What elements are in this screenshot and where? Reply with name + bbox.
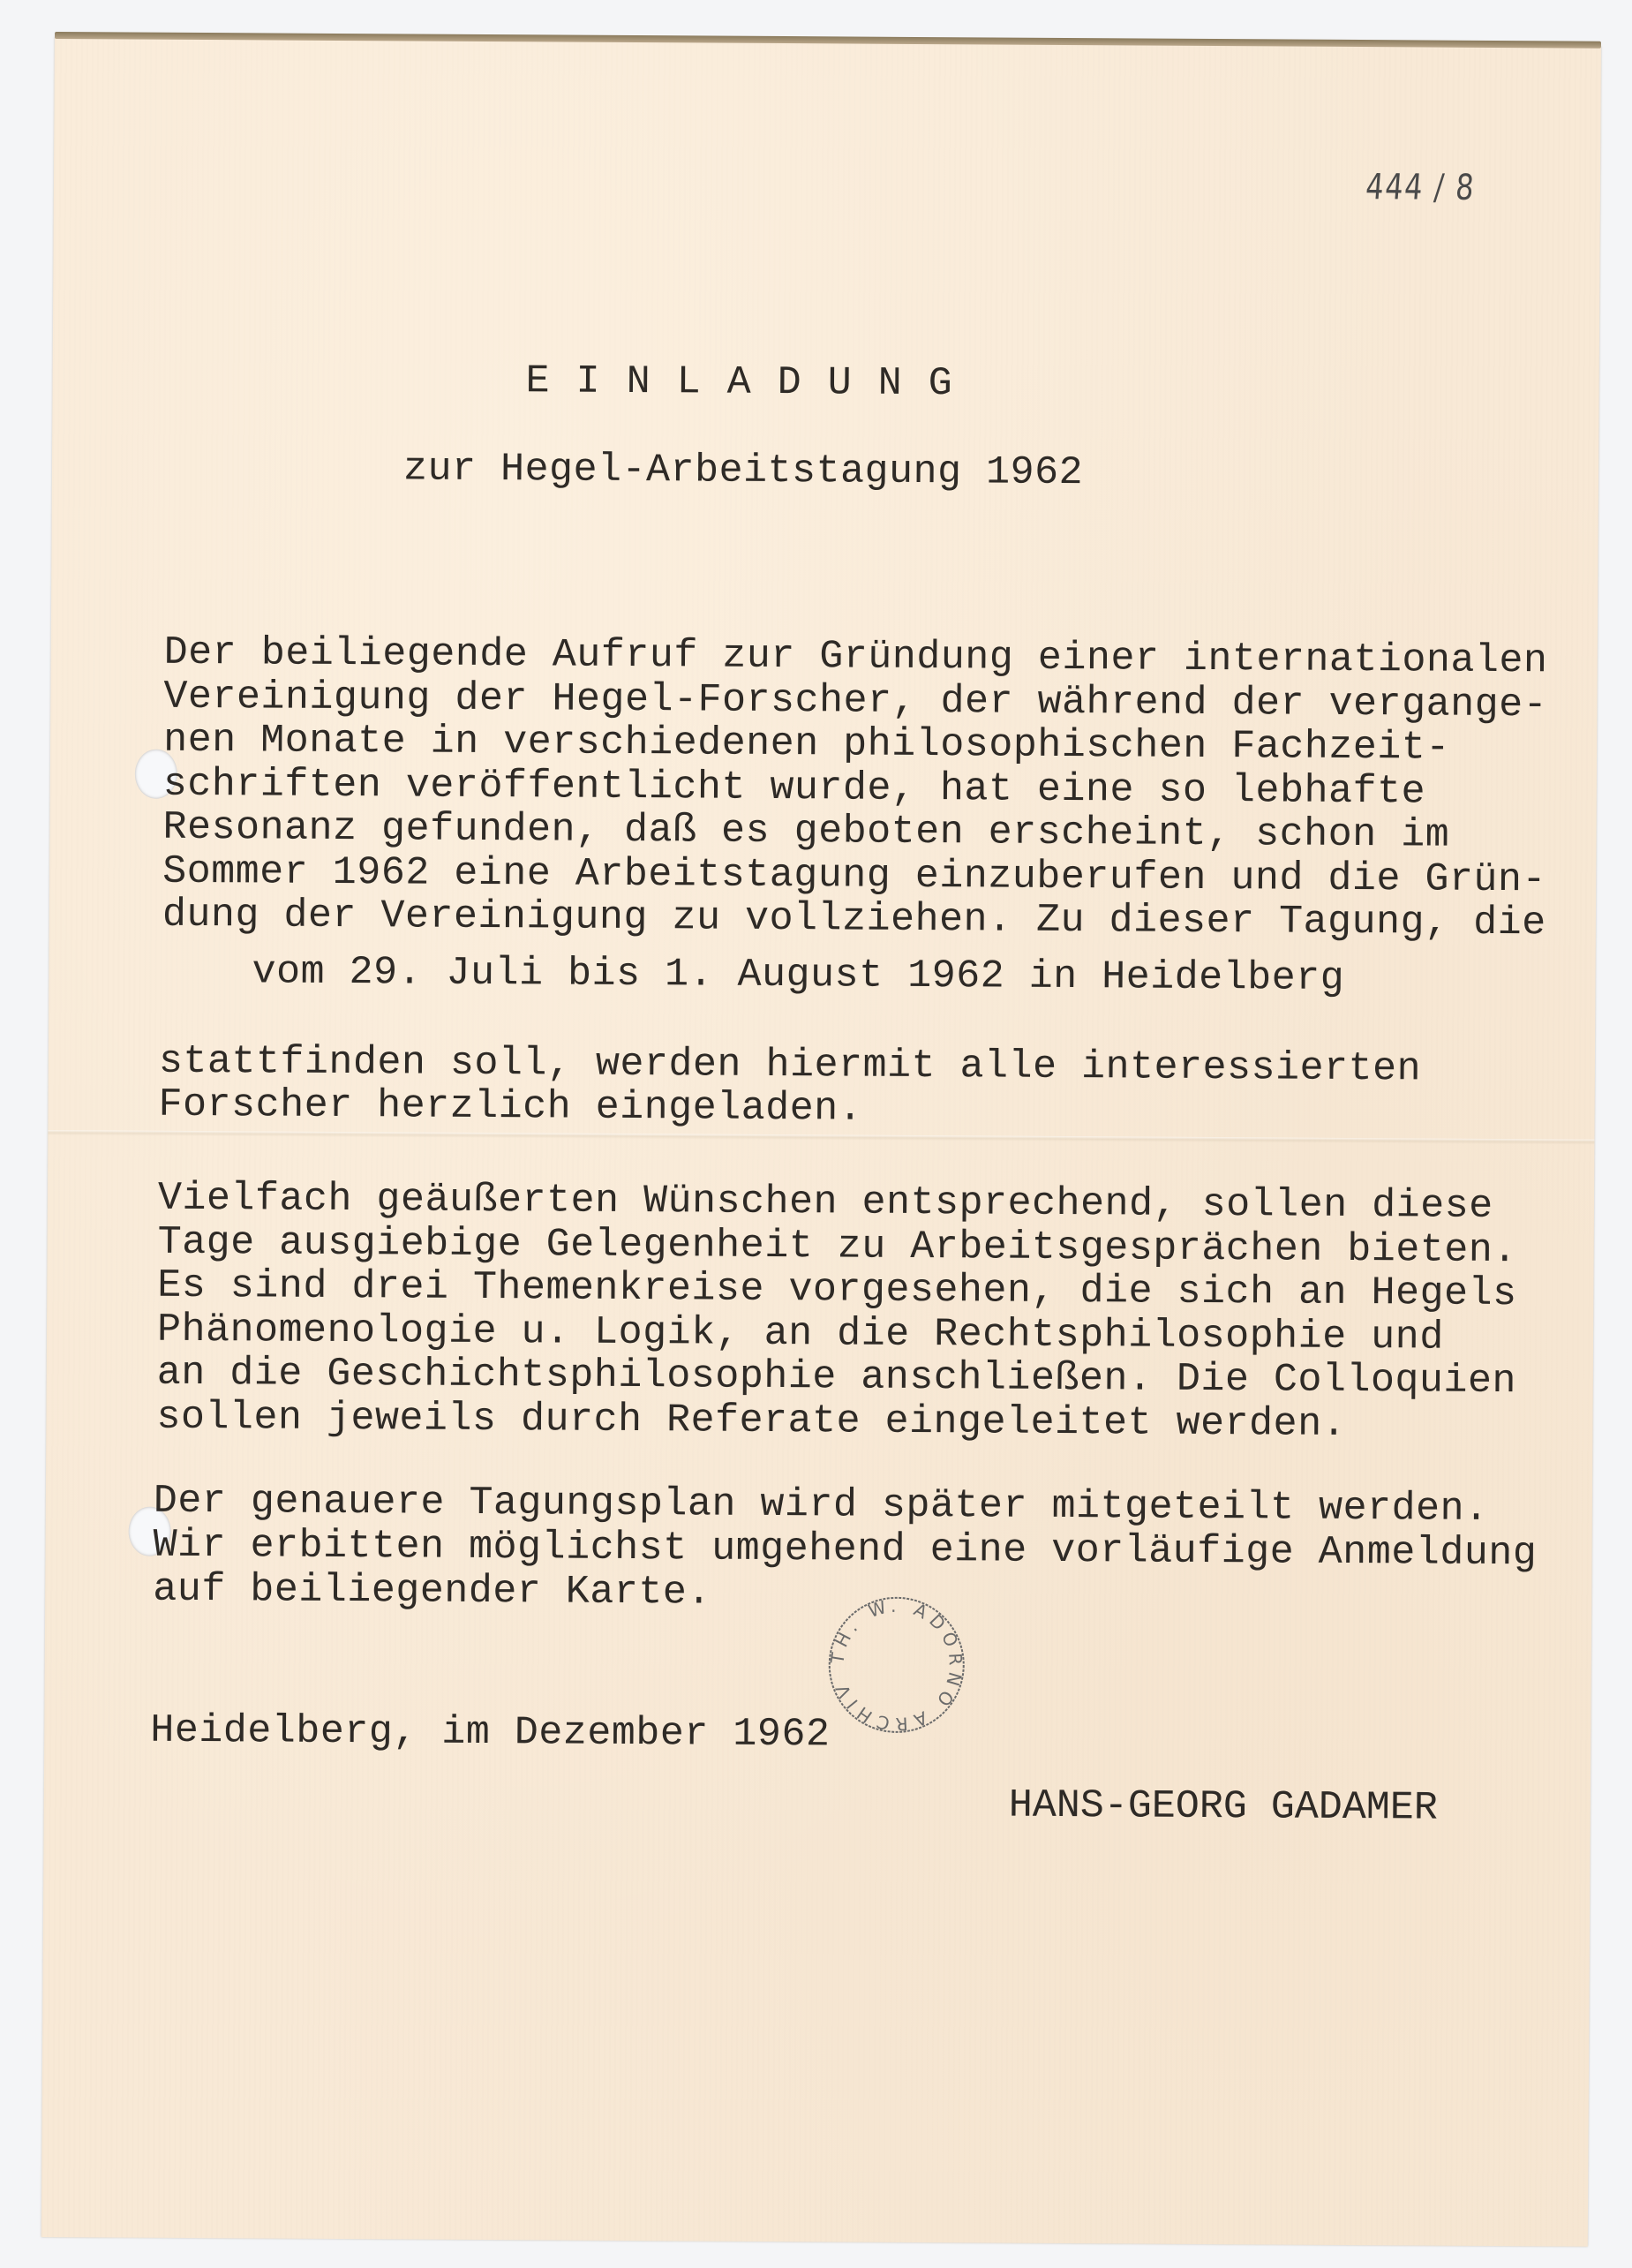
archive-stamp-icon: TH. W. ADORNO ARCHIV ·: [825, 1594, 967, 1736]
date-line: vom 29. Juli bis 1. August 1962 in Heide…: [252, 950, 1344, 1001]
place-and-date: Heidelberg, im Dezember 1962: [150, 1709, 830, 1758]
paper-top-edge: [55, 32, 1601, 49]
archive-number: 444 / 8: [1365, 167, 1477, 208]
document-title: EINLADUNG: [525, 359, 978, 406]
text-line: dung der Vereinigung zu vollziehen. Zu d…: [162, 893, 1546, 946]
signature: HANS-GEORG GADAMER: [1009, 1784, 1438, 1831]
svg-text:TH. W. ADORNO ARCHIV ·: TH. W. ADORNO ARCHIV ·: [825, 1594, 967, 1735]
paper-fold-line: [48, 1130, 1594, 1145]
text-line: auf beiliegender Karte.: [153, 1568, 711, 1616]
document-subtitle: zur Hegel-Arbeitstagung 1962: [403, 447, 1083, 495]
text-line: sollen jeweils durch Referate eingeleite…: [156, 1396, 1346, 1447]
text-line: Forscher herzlich eingeladen.: [158, 1083, 862, 1132]
paper-sheet: 444 / 8 EINLADUNG zur Hegel-Arbeitstagun…: [41, 37, 1601, 2247]
stamp-text: TH. W. ADORNO ARCHIV ·: [825, 1594, 967, 1735]
